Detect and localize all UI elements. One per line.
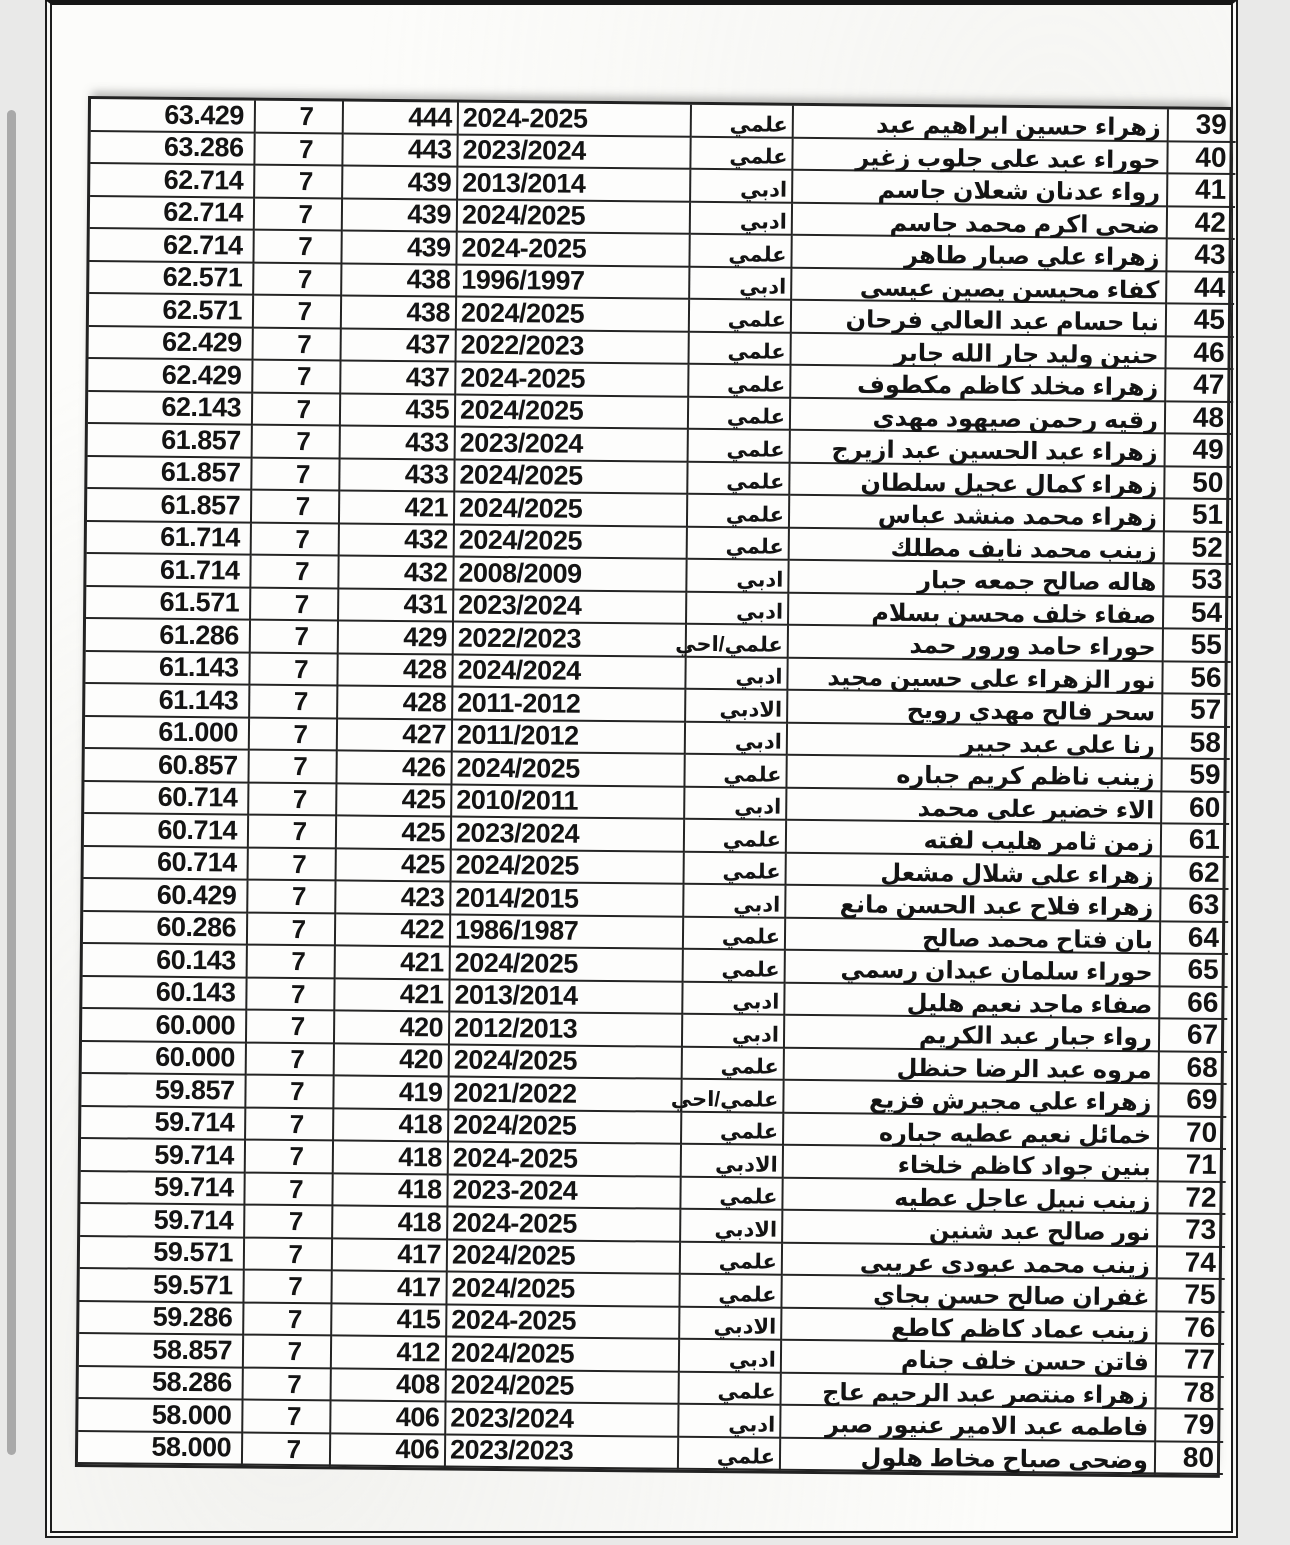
cell-total: 421	[336, 946, 451, 980]
cell-average: 58.857	[79, 1334, 244, 1368]
cell-subject-count: 7	[244, 1336, 332, 1369]
cell-total: 438	[342, 296, 457, 330]
cell-total: 428	[338, 686, 453, 720]
cell-average: 61.143	[85, 652, 250, 686]
cell-row-number: 73	[1158, 1214, 1225, 1247]
cell-stream: علمي	[690, 300, 792, 333]
cell-total: 429	[339, 621, 454, 655]
cell-year: 2024/2025	[457, 298, 690, 333]
table-skew-wrapper: 63.42974442024-2025علميزهراء حسين ابراهي…	[75, 96, 1233, 1478]
cell-row-number: 58	[1163, 727, 1230, 760]
cell-year: 2024-2025	[456, 363, 689, 398]
cell-stream: علمي	[691, 137, 793, 170]
cell-average: 62.714	[90, 164, 255, 198]
cell-subject-count: 7	[244, 1303, 332, 1336]
cell-total: 444	[344, 101, 459, 135]
cell-student-name: زهراء علي صبار طاهر	[792, 236, 1167, 272]
cell-total: 443	[343, 134, 458, 168]
cell-row-number: 71	[1159, 1149, 1226, 1182]
cell-year: 2024/2025	[456, 395, 689, 430]
cell-stream: علمي	[685, 820, 787, 853]
cell-row-number: 63	[1161, 889, 1228, 922]
cell-stream: ادبي	[690, 267, 792, 300]
cell-row-number: 69	[1159, 1084, 1226, 1117]
cell-subject-count: 7	[251, 556, 339, 589]
cell-student-name: زهراء محمد منشد عباس	[790, 496, 1165, 532]
cell-total: 438	[342, 264, 457, 298]
cell-year: 2022/2023	[457, 330, 690, 365]
cell-year: 1986/1987	[451, 915, 684, 950]
cell-stream: الادبي	[681, 1210, 783, 1243]
cell-year: 1996/1997	[457, 265, 690, 300]
cell-stream: علمي	[688, 462, 790, 495]
cell-average: 62.143	[88, 392, 253, 426]
cell-stream: ادبي	[686, 657, 788, 690]
cell-year: 2022/2023	[454, 623, 687, 658]
cell-student-name: زهراء كمال عجيل سلطان	[790, 463, 1165, 499]
cell-total: 425	[337, 816, 452, 850]
cell-average: 63.286	[90, 132, 255, 166]
cell-total: 439	[342, 231, 457, 265]
cell-row-number: 48	[1166, 402, 1233, 435]
cell-student-name: زينب محمد نايف مطلك	[790, 528, 1165, 564]
cell-stream: علمي	[690, 235, 792, 268]
cell-total: 417	[333, 1239, 448, 1273]
cell-stream: علمي	[680, 1372, 782, 1405]
cell-row-number: 47	[1166, 369, 1233, 402]
cell-total: 432	[340, 524, 455, 558]
cell-average: 60.714	[84, 847, 249, 881]
cell-stream: ادبي	[683, 1015, 785, 1048]
cell-student-name: سحر فالح مهدي رويح	[788, 691, 1163, 727]
cell-stream: علمي	[685, 755, 787, 788]
cell-year: 2023-2024	[448, 1175, 681, 1210]
cell-stream: الادبي	[682, 1145, 784, 1178]
cell-subject-count: 7	[253, 393, 341, 426]
cell-subject-count: 7	[244, 1368, 332, 1401]
cell-subject-count: 7	[252, 491, 340, 524]
cell-subject-count: 7	[253, 361, 341, 394]
cell-stream: علمي	[689, 430, 791, 463]
cell-year: 2023/2024	[454, 590, 687, 625]
cell-stream: ادبي	[691, 170, 793, 203]
cell-subject-count: 7	[256, 101, 344, 134]
cell-subject-count: 7	[251, 588, 339, 621]
cell-stream: علمي/احي	[687, 625, 789, 658]
cell-student-name: فاتن حسن خلف جنام	[782, 1341, 1157, 1377]
cell-student-name: زهراء علي شلال مشعل	[787, 853, 1162, 889]
cell-year: 2024-2025	[457, 233, 690, 268]
cell-row-number: 50	[1165, 467, 1232, 500]
cell-student-name: كفاء محيسن يصين عيسى	[792, 268, 1167, 304]
cell-stream: علمي	[690, 332, 792, 365]
cell-subject-count: 7	[254, 328, 342, 361]
cell-subject-count: 7	[246, 1141, 334, 1174]
cell-row-number: 77	[1157, 1344, 1224, 1377]
cell-total: 433	[341, 426, 456, 460]
cell-year: 2024/2024	[453, 655, 686, 690]
cell-year: 2024/2025	[447, 1370, 680, 1405]
cell-total: 418	[333, 1206, 448, 1240]
cell-stream: علمي/احي	[682, 1080, 784, 1113]
cell-average: 61.143	[85, 684, 250, 718]
cell-subject-count: 7	[255, 198, 343, 231]
cell-total: 433	[340, 459, 455, 493]
cell-student-name: صفاء خلف محسن بسلام	[789, 593, 1164, 629]
cell-year: 2024/2025	[455, 460, 688, 495]
cell-total: 418	[334, 1141, 449, 1175]
cell-year: 2010/2011	[452, 785, 685, 820]
cell-average: 62.714	[90, 197, 255, 231]
cell-row-number: 44	[1167, 272, 1234, 305]
cell-student-name: حوراء عبد علي جلوب زغير	[793, 138, 1168, 174]
cell-subject-count: 7	[243, 1401, 331, 1434]
cell-student-name: رقيه رحمن صيهود مهدي	[791, 398, 1166, 434]
cell-total: 427	[338, 719, 453, 753]
cell-row-number: 54	[1164, 597, 1231, 630]
cell-total: 439	[343, 199, 458, 233]
cell-row-number: 64	[1161, 922, 1228, 955]
cell-year: 2024/2025	[455, 493, 688, 528]
cell-total: 415	[332, 1304, 447, 1338]
cell-stream: ادبي	[680, 1340, 782, 1373]
cell-row-number: 42	[1168, 207, 1235, 240]
cell-average: 60.286	[83, 912, 248, 946]
cell-average: 62.571	[89, 294, 254, 328]
cell-subject-count: 7	[254, 231, 342, 264]
cell-average: 59.714	[80, 1171, 245, 1205]
cell-student-name: نبا حسام عبد العالي فرحان	[792, 301, 1167, 337]
cell-average: 60.714	[84, 814, 249, 848]
cell-row-number: 55	[1164, 629, 1231, 662]
cell-average: 60.714	[84, 782, 249, 816]
cell-subject-count: 7	[246, 1076, 334, 1109]
cell-student-name: زهراء عبد الحسين عبد ازيرج	[791, 431, 1166, 467]
cell-student-name: حنين وليد جار الله جابر	[791, 333, 1166, 369]
cell-subject-count: 7	[249, 816, 337, 849]
cell-subject-count: 7	[243, 1433, 331, 1466]
cell-year: 2013/2014	[450, 980, 683, 1015]
cell-stream: علمي	[679, 1437, 781, 1470]
cell-row-number: 78	[1156, 1377, 1223, 1410]
cell-subject-count: 7	[255, 133, 343, 166]
cell-stream: علمي	[684, 917, 786, 950]
cell-row-number: 61	[1162, 824, 1229, 857]
cell-student-name: حوراء سلمان عيدان رسمي	[786, 951, 1161, 987]
cell-average: 62.571	[89, 262, 254, 296]
cell-student-name: زينب عماد كاظم كاطع	[782, 1308, 1157, 1344]
cell-year: 2014/2015	[451, 883, 684, 918]
cell-stream: ادبي	[687, 560, 789, 593]
cell-average: 60.429	[83, 879, 248, 913]
cell-average: 59.571	[80, 1236, 245, 1270]
cell-student-name: بان فتاح محمد صالح	[786, 918, 1161, 954]
cell-subject-count: 7	[255, 166, 343, 199]
cell-year: 2012/2013	[450, 1013, 683, 1048]
cell-row-number: 57	[1163, 694, 1230, 727]
cell-average: 60.143	[82, 976, 247, 1010]
cell-row-number: 41	[1168, 174, 1235, 207]
cell-average: 61.857	[87, 489, 252, 523]
cell-row-number: 56	[1163, 662, 1230, 695]
cell-average: 61.286	[86, 619, 251, 653]
cell-stream: ادبي	[686, 722, 788, 755]
cell-average: 60.857	[84, 749, 249, 783]
cell-student-name: بنين جواد كاظم خلخاء	[784, 1146, 1159, 1182]
cell-total: 421	[340, 491, 455, 525]
cell-year: 2024-2025	[449, 1143, 682, 1178]
cell-total: 418	[334, 1109, 449, 1143]
cell-stream: ادبي	[691, 202, 793, 235]
cell-subject-count: 7	[249, 783, 337, 816]
cell-student-name: مروه عبد الرضا حنظل	[785, 1048, 1160, 1084]
cell-stream: ادبي	[679, 1405, 781, 1438]
cell-row-number: 72	[1158, 1182, 1225, 1215]
cell-subject-count: 7	[248, 946, 336, 979]
cell-total: 437	[342, 329, 457, 363]
cell-student-name: زهراء منتصر عبد الرحيم عاج	[782, 1373, 1157, 1409]
cell-year: 2013/2014	[458, 168, 691, 203]
cell-average: 62.429	[88, 359, 253, 393]
cell-subject-count: 7	[245, 1206, 333, 1239]
cell-total: 431	[339, 589, 454, 623]
cell-subject-count: 7	[250, 686, 338, 719]
cell-average: 60.000	[82, 1041, 247, 1075]
cell-average: 61.857	[87, 457, 252, 491]
cell-student-name: هاله صالح جمعه جبار	[789, 561, 1164, 597]
cell-stream: علمي	[681, 1177, 783, 1210]
cell-average: 61.714	[86, 554, 251, 588]
cell-stream: علمي	[688, 495, 790, 528]
cell-year: 2023/2024	[458, 135, 691, 170]
cell-total: 423	[336, 881, 451, 915]
cell-row-number: 43	[1167, 239, 1234, 272]
cell-student-name: رنا علي عبد جبير	[788, 723, 1163, 759]
cell-row-number: 70	[1159, 1117, 1226, 1150]
cell-average: 59.714	[81, 1106, 246, 1140]
cell-total: 422	[336, 914, 451, 948]
cell-student-name: غفران صالح حسن بجاي	[782, 1276, 1157, 1312]
cell-row-number: 75	[1157, 1279, 1224, 1312]
cell-average: 61.714	[87, 522, 252, 556]
cell-average: 58.000	[78, 1431, 243, 1465]
cell-total: 425	[337, 849, 452, 883]
cell-subject-count: 7	[246, 1108, 334, 1141]
cell-student-name: نور الزهراء علي حسين مجيد	[788, 658, 1163, 694]
cell-total: 428	[338, 654, 453, 688]
cell-row-number: 79	[1156, 1409, 1223, 1442]
cell-subject-count: 7	[247, 978, 335, 1011]
cell-total: 437	[341, 361, 456, 395]
cell-year: 2024/2025	[449, 1110, 682, 1145]
cell-row-number: 52	[1165, 532, 1232, 565]
cell-year: 2023/2023	[446, 1435, 679, 1470]
cell-year: 2024/2025	[447, 1338, 680, 1373]
cell-stream: علمي	[683, 1047, 785, 1080]
cell-year: 2011/2012	[453, 720, 686, 755]
cell-year: 2024/2025	[447, 1273, 680, 1308]
cell-total: 406	[331, 1434, 446, 1468]
cell-average: 60.143	[83, 944, 248, 978]
cell-subject-count: 7	[252, 523, 340, 556]
cell-year: 2021/2022	[449, 1078, 682, 1113]
cell-row-number: 76	[1157, 1312, 1224, 1345]
cell-stream: علمي	[685, 852, 787, 885]
cell-stream: علمي	[689, 397, 791, 430]
cell-average: 62.429	[89, 327, 254, 361]
cell-stream: الادبي	[680, 1307, 782, 1340]
cell-average: 63.429	[91, 99, 256, 133]
cell-row-number: 49	[1166, 434, 1233, 467]
cell-stream: الادبي	[686, 690, 788, 723]
cell-total: 406	[331, 1401, 446, 1435]
cell-total: 426	[337, 751, 452, 785]
cell-average: 61.000	[85, 717, 250, 751]
cell-stream: ادبي	[683, 982, 785, 1015]
cell-subject-count: 7	[247, 1011, 335, 1044]
cell-year: 2011-2012	[453, 688, 686, 723]
cell-year: 2024/2025	[448, 1240, 681, 1275]
cell-row-number: 68	[1160, 1052, 1227, 1085]
cell-total: 439	[343, 166, 458, 200]
cell-student-name: زمن ثامر هليب لفته	[787, 821, 1162, 857]
cell-student-name: فاطمه عبد الامير عنيور صبر	[781, 1406, 1156, 1442]
cell-total: 417	[332, 1271, 447, 1305]
cell-subject-count: 7	[247, 1043, 335, 1076]
cell-total: 420	[335, 1044, 450, 1078]
cell-student-name: رواء عدنان شعلان جاسم	[793, 171, 1168, 207]
cell-year: 2024/2025	[455, 525, 688, 560]
cell-subject-count: 7	[254, 263, 342, 296]
cell-student-name: زينب محمد عبودي عريبي	[783, 1243, 1158, 1279]
cell-subject-count: 7	[250, 718, 338, 751]
cell-total: 425	[337, 784, 452, 818]
cell-student-name: الاء خضير علي محمد	[787, 788, 1162, 824]
cell-row-number: 53	[1164, 564, 1231, 597]
cell-student-name: زهراء مخلد كاظم مكطوف	[791, 366, 1166, 402]
cell-row-number: 46	[1166, 337, 1233, 370]
cell-student-name: وضحى صباح مخاط هلول	[781, 1438, 1156, 1474]
cell-subject-count: 7	[253, 426, 341, 459]
cell-subject-count: 7	[252, 458, 340, 491]
cell-average: 59.714	[80, 1204, 245, 1238]
cell-year: 2023/2024	[456, 428, 689, 463]
cell-stream: علمي	[684, 950, 786, 983]
cell-stream: ادبي	[685, 787, 787, 820]
scanned-results-viewer: 63.42974442024-2025علميزهراء حسين ابراهي…	[0, 0, 1290, 1545]
cell-subject-count: 7	[254, 296, 342, 329]
vertical-scrollbar-thumb[interactable]	[7, 110, 16, 1455]
cell-year: 2023/2024	[452, 818, 685, 853]
cell-row-number: 80	[1156, 1442, 1223, 1475]
cell-total: 432	[339, 556, 454, 590]
cell-student-name: نور صالح عبد شنين	[783, 1211, 1158, 1247]
cell-year: 2024/2025	[450, 1045, 683, 1080]
cell-row-number: 60	[1162, 792, 1229, 825]
cell-subject-count: 7	[249, 751, 337, 784]
cell-row-number: 66	[1160, 987, 1227, 1020]
cell-average: 59.286	[79, 1301, 244, 1335]
cell-stream: علمي	[689, 365, 791, 398]
cell-subject-count: 7	[245, 1238, 333, 1271]
cell-total: 435	[341, 394, 456, 428]
cell-row-number: 74	[1158, 1247, 1225, 1280]
cell-average: 58.000	[78, 1399, 243, 1433]
cell-total: 408	[332, 1369, 447, 1403]
cell-year: 2024/2025	[451, 948, 684, 983]
cell-student-name: زينب ناظم كريم جباره	[787, 756, 1162, 792]
cell-average: 61.571	[86, 587, 251, 621]
cell-row-number: 51	[1165, 499, 1232, 532]
cell-year: 2024-2025	[459, 103, 692, 138]
cell-total: 412	[332, 1336, 447, 1370]
cell-year: 2024-2025	[447, 1305, 680, 1340]
cell-student-name: زهراء فلاح عبد الحسن مانع	[786, 886, 1161, 922]
cell-year: 2023/2024	[446, 1403, 679, 1438]
cell-student-name: زهراء حسين ابراهيم عبد	[794, 106, 1169, 142]
cell-stream: علمي	[688, 527, 790, 560]
cell-subject-count: 7	[248, 881, 336, 914]
cell-total: 419	[334, 1076, 449, 1110]
cell-stream: علمي	[680, 1275, 782, 1308]
cell-total: 420	[335, 1011, 450, 1045]
cell-row-number: 62	[1161, 857, 1228, 890]
cell-row-number: 59	[1162, 759, 1229, 792]
cell-subject-count: 7	[250, 653, 338, 686]
cell-subject-count: 7	[245, 1173, 333, 1206]
cell-subject-count: 7	[248, 913, 336, 946]
cell-subject-count: 7	[249, 848, 337, 881]
cell-student-name: خمائل نعيم عطيه جباره	[784, 1113, 1159, 1149]
cell-row-number: 65	[1161, 954, 1228, 987]
cell-subject-count: 7	[244, 1271, 332, 1304]
cell-row-number: 67	[1160, 1019, 1227, 1052]
cell-year: 2024/2025	[452, 850, 685, 885]
cell-year: 2008/2009	[454, 558, 687, 593]
cell-row-number: 45	[1167, 304, 1234, 337]
cell-stream: علمي	[682, 1112, 784, 1145]
cell-total: 418	[333, 1174, 448, 1208]
cell-row-number: 40	[1168, 142, 1235, 175]
cell-student-name: زهراء علي مجيرش فزيع	[784, 1081, 1159, 1117]
cell-average: 62.714	[89, 229, 254, 263]
cell-stream: علمي	[681, 1242, 783, 1275]
cell-year: 2024/2025	[458, 200, 691, 235]
cell-stream: ادبي	[687, 592, 789, 625]
cell-average: 61.857	[88, 424, 253, 458]
cell-average: 59.857	[81, 1074, 246, 1108]
cell-year: 2024-2025	[448, 1208, 681, 1243]
cell-row-number: 39	[1169, 109, 1236, 142]
cell-subject-count: 7	[251, 621, 339, 654]
cell-average: 58.286	[79, 1366, 244, 1400]
cell-stream: علمي	[692, 105, 794, 138]
cell-average: 60.000	[82, 1009, 247, 1043]
cell-year: 2024/2025	[452, 753, 685, 788]
results-table: 63.42974442024-2025علميزهراء حسين ابراهي…	[75, 96, 1233, 1478]
cell-total: 421	[335, 979, 450, 1013]
cell-average: 59.714	[81, 1139, 246, 1173]
cell-average: 59.571	[79, 1269, 244, 1303]
cell-student-name: رواء جبار عبد الكريم	[785, 1016, 1160, 1052]
cell-student-name: صفاء ماجد نعيم هليل	[785, 983, 1160, 1019]
cell-stream: ادبي	[684, 885, 786, 918]
cell-student-name: حوراء حامد ورور حمد	[789, 626, 1164, 662]
cell-student-name: ضحى اكرم محمد جاسم	[793, 203, 1168, 239]
cell-student-name: زينب نبيل عاجل عطيه	[783, 1178, 1158, 1214]
